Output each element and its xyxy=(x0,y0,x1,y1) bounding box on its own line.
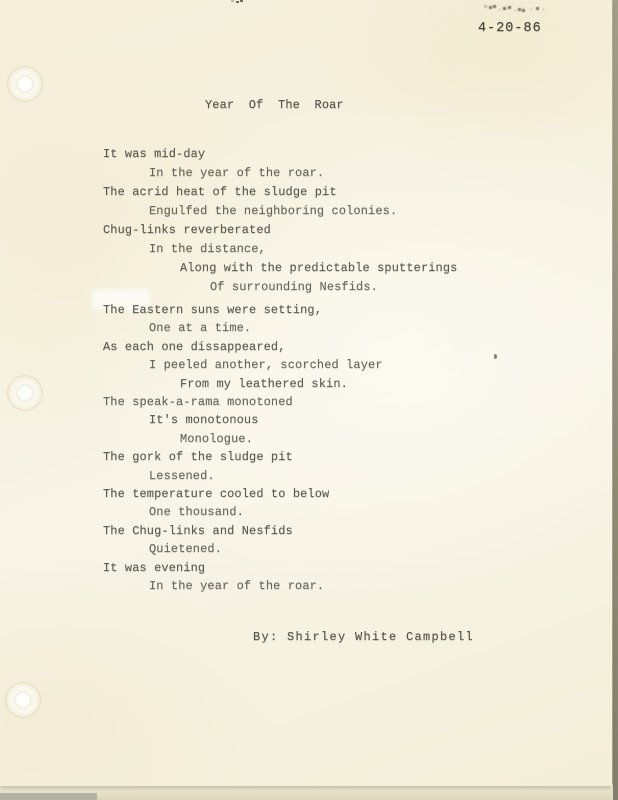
poem-line: It was evening xyxy=(103,559,457,577)
top-edge-mark xyxy=(231,0,234,2)
poem-line: It was mid-day xyxy=(103,145,457,164)
poem-body: It was mid-dayIn the year of the roar.Th… xyxy=(103,145,457,596)
poem-line: Quietened. xyxy=(103,540,457,558)
poem-line: Lessened. xyxy=(103,467,457,485)
ink-transfer-smudge xyxy=(484,5,487,8)
poem-line: The gork of the sludge pit xyxy=(103,448,457,466)
poem-line: In the distance, xyxy=(103,240,457,259)
poem-line: I peeled another, scorched layer xyxy=(103,356,457,374)
punch-hole-top xyxy=(8,67,42,101)
surface-corner xyxy=(0,793,97,800)
poem-line: One thousand. xyxy=(103,503,457,521)
poem-line: The Eastern suns were setting, xyxy=(103,301,457,319)
author-byline: By: Shirley White Campbell xyxy=(253,630,474,644)
poem-line: Along with the predictable sputterings xyxy=(103,259,457,278)
poem-line: In the year of the roar. xyxy=(103,577,457,595)
scan-backdrop: 4-20-86 Year Of The Roar It was mid-dayI… xyxy=(0,0,618,800)
punch-hole-middle xyxy=(8,376,42,410)
ink-speck xyxy=(494,354,497,359)
poem-line: The speak-a-rama monotoned xyxy=(103,393,457,411)
poem-page: 4-20-86 Year Of The Roar It was mid-dayI… xyxy=(0,0,612,786)
poem-line: Engulfed the neighboring colonies. xyxy=(103,202,457,221)
poem-line: One at a time. xyxy=(103,319,457,337)
poem-stanza: The Eastern suns were setting,One at a t… xyxy=(103,301,457,596)
poem-line: The temperature cooled to below xyxy=(103,485,457,503)
poem-line: From my leathered skin. xyxy=(103,375,457,393)
poem-line: In the year of the roar. xyxy=(103,164,457,183)
poem-line: Monologue. xyxy=(103,430,457,448)
poem-stanza: It was mid-dayIn the year of the roar.Th… xyxy=(103,145,457,297)
punch-hole-bottom xyxy=(6,683,40,717)
poem-line: Chug-links reverberated xyxy=(103,221,457,240)
poem-line: It's monotonous xyxy=(103,411,457,429)
poem-line: The acrid heat of the sludge pit xyxy=(103,183,457,202)
poem-title: Year Of The Roar xyxy=(205,98,344,112)
poem-line: Of surrounding Nesfids. xyxy=(103,278,457,297)
poem-line: As each one dissappeared, xyxy=(103,338,457,356)
poem-line: The Chug-links and Nesfids xyxy=(103,522,457,540)
typed-date: 4-20-86 xyxy=(478,21,542,36)
